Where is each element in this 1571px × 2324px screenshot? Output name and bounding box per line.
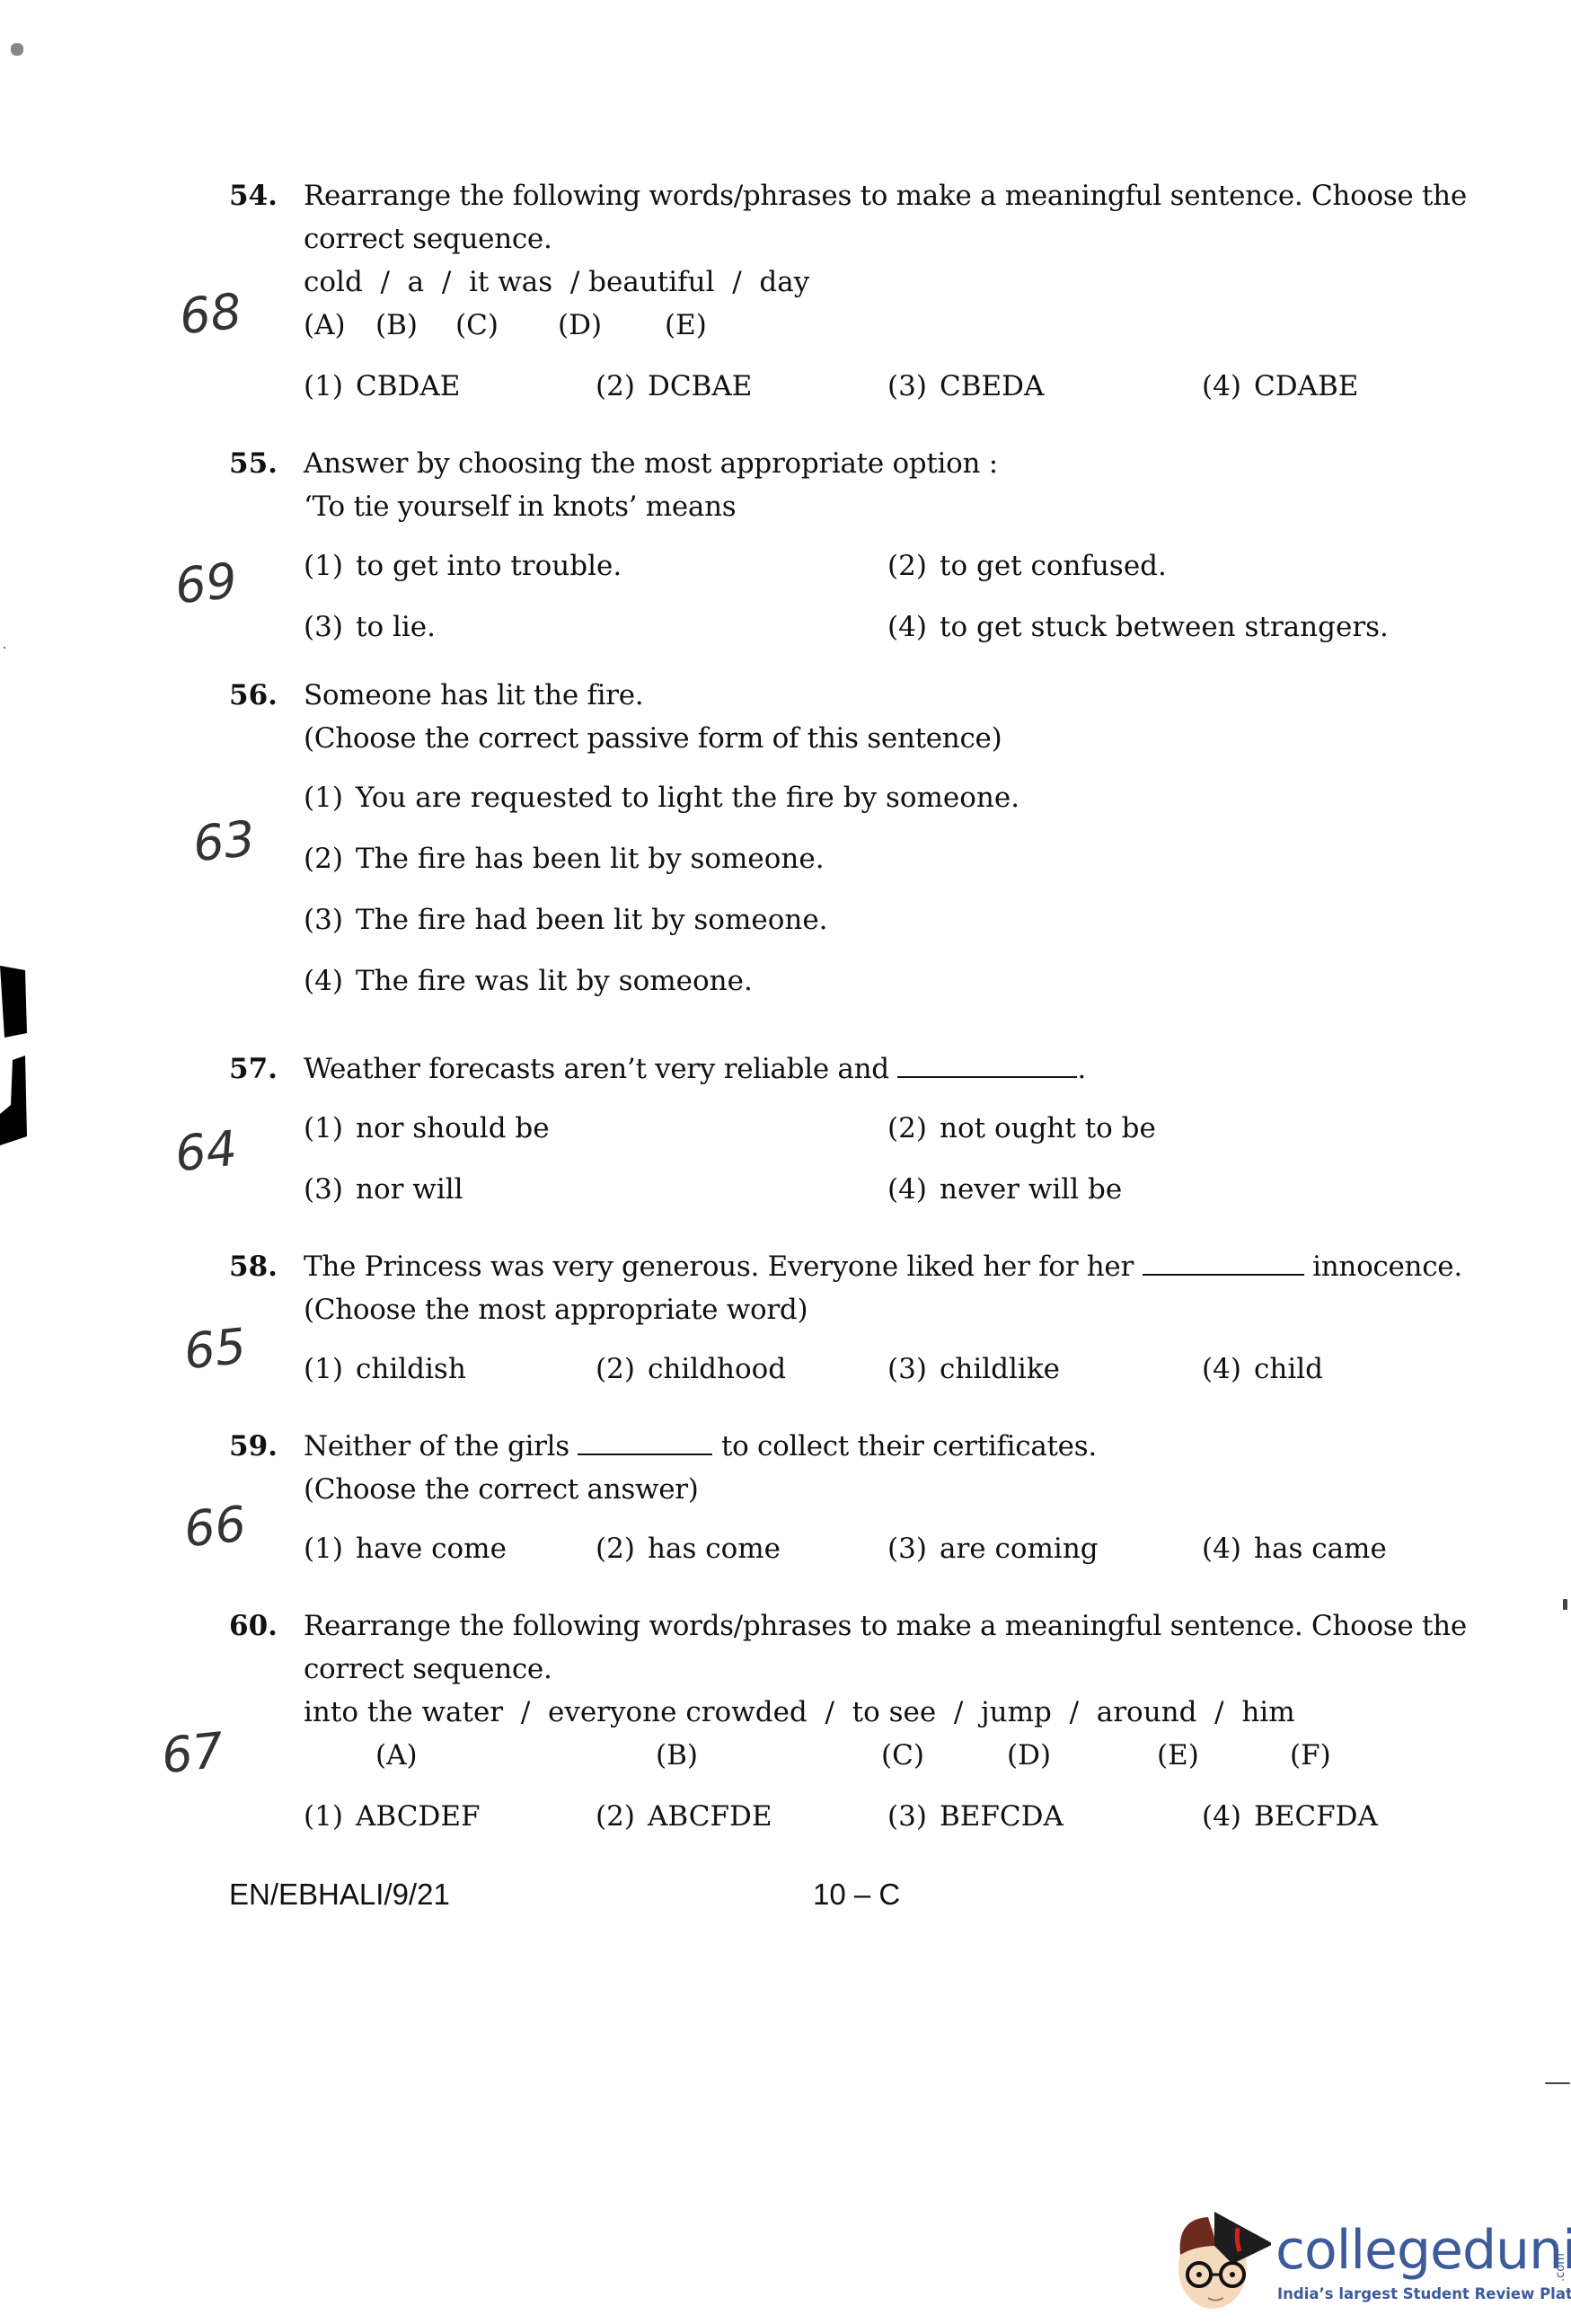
option-3[interactable]: (3)CBEDA	[887, 365, 1044, 408]
letter-label: (A)	[375, 1734, 418, 1777]
option-number: (4)	[1202, 1527, 1254, 1570]
question-number: 58.	[229, 1245, 301, 1288]
option-number: (2)	[596, 1527, 648, 1570]
question-number: 54.	[229, 174, 301, 217]
option-3[interactable]: (3)The fire had been lit by someone.	[304, 898, 1505, 959]
answer-blank	[578, 1427, 712, 1455]
word-fragments: cold / a / it was / beautiful / day	[304, 261, 1505, 304]
option-number: (3)	[887, 1527, 940, 1570]
question-59: 59. Neither of the girls to collect thei…	[229, 1425, 1505, 1570]
option-number: (1)	[304, 1107, 356, 1150]
option-2[interactable]: (2)DCBAE	[596, 365, 752, 408]
letter-label: (D)	[1007, 1734, 1051, 1777]
letter-label: (F)	[1290, 1734, 1331, 1777]
option-number: (3)	[304, 898, 356, 941]
letter-label: (B)	[656, 1734, 698, 1777]
handwritten-note: 64	[172, 1120, 240, 1183]
question-54: 54. Rearrange the following words/phrase…	[229, 174, 1505, 408]
fragment-letters: (A) (B) (C) (D) (E) (F)	[304, 1734, 1505, 1777]
option-1[interactable]: (1)nor should be	[304, 1107, 550, 1150]
option-4[interactable]: (4)has came	[1202, 1527, 1387, 1570]
question-stem: (Choose the correct passive form of this…	[304, 717, 1505, 760]
question-stem: Rearrange the following words/phrases to…	[304, 174, 1505, 217]
scan-artifact	[1563, 1599, 1567, 1610]
handwritten-note: 68	[177, 283, 244, 346]
question-number: 56.	[229, 674, 301, 717]
option-text: childhood	[648, 1353, 786, 1385]
options-row: (1)nor should be (2)not ought to be	[304, 1107, 1505, 1168]
option-number: (4)	[887, 1168, 940, 1211]
option-number: (4)	[1202, 1795, 1254, 1838]
option-text: ABCDEF	[356, 1800, 480, 1833]
question-stem: Answer by choosing the most appropriate …	[304, 442, 1505, 485]
letter-label: (B)	[375, 304, 418, 347]
question-55: 55. Answer by choosing the most appropri…	[229, 442, 1505, 667]
option-text: to get confused.	[940, 550, 1167, 582]
handwritten-note: 69	[172, 552, 240, 615]
option-text: not ought to be	[940, 1112, 1156, 1144]
option-4[interactable]: (4)BECFDA	[1202, 1795, 1378, 1838]
option-number: (4)	[1202, 365, 1254, 408]
scan-artifact	[4, 647, 5, 649]
option-number: (1)	[304, 1795, 356, 1838]
scan-artifact	[11, 43, 23, 56]
option-text: CBDAE	[356, 370, 460, 402]
option-1[interactable]: (1)You are requested to light the fire b…	[304, 776, 1505, 837]
paper-code: EN/EBHALI/9/21	[229, 1878, 450, 1912]
option-3[interactable]: (3)childlike	[887, 1348, 1060, 1391]
question-instruction: (Choose the most appropriate word)	[304, 1288, 1505, 1331]
stem-text: innocence.	[1312, 1250, 1462, 1283]
letter-label: (A)	[304, 304, 346, 347]
fragment-letters: (A) (B) (C) (D) (E)	[304, 304, 1505, 347]
word-fragments: into the water / everyone crowded / to s…	[304, 1691, 1505, 1734]
question-56: 56. Someone has lit the fire. (Choose th…	[229, 674, 1505, 1021]
option-4[interactable]: (4)CDABE	[1202, 365, 1358, 408]
option-2[interactable]: (2)to get confused.	[887, 544, 1167, 588]
option-1[interactable]: (1)ABCDEF	[304, 1795, 480, 1838]
question-stem: The Princess was very generous. Everyone…	[304, 1245, 1505, 1288]
question-number: 55.	[229, 442, 301, 485]
option-4[interactable]: (4)to get stuck between strangers.	[887, 605, 1389, 649]
question-stem: Neither of the girls to collect their ce…	[304, 1425, 1505, 1468]
option-text: The fire had been lit by someone.	[356, 904, 828, 936]
handwritten-note: 67	[159, 1722, 226, 1785]
option-text: never will be	[940, 1173, 1122, 1206]
letter-label: (C)	[881, 1734, 924, 1777]
option-4[interactable]: (4)child	[1202, 1348, 1323, 1391]
question-stem: correct sequence.	[304, 1648, 1505, 1691]
options: (1)childish (2)childhood (3)childlike (4…	[304, 1348, 1505, 1391]
question-stem: ‘To tie yourself in knots’ means	[304, 485, 1505, 528]
option-number: (2)	[887, 544, 940, 588]
option-3[interactable]: (3)nor will	[304, 1168, 463, 1211]
question-stem: correct sequence.	[304, 217, 1505, 261]
option-text: to get into trouble.	[356, 550, 622, 582]
option-number: (2)	[596, 1348, 648, 1391]
letter-label: (C)	[455, 304, 499, 347]
option-4[interactable]: (4)The fire was lit by someone.	[304, 959, 1505, 1021]
question-stem: Weather forecasts aren’t very reliable a…	[304, 1047, 1505, 1091]
options-row: (3)nor will (4)never will be	[304, 1168, 1505, 1229]
option-text: CDABE	[1254, 370, 1358, 402]
option-number: (2)	[596, 365, 648, 408]
options: (1)ABCDEF (2)ABCFDE (3)BEFCDA (4)BECFDA	[304, 1795, 1505, 1838]
answer-blank	[897, 1049, 1077, 1078]
question-58: 58. The Princess was very generous. Ever…	[229, 1245, 1505, 1391]
option-text: to lie.	[356, 611, 436, 643]
brand-name: collegedunia	[1275, 2219, 1571, 2282]
handwritten-note: 65	[181, 1318, 249, 1381]
question-60: 60. Rearrange the following words/phrase…	[229, 1604, 1505, 1838]
option-text: CBEDA	[940, 370, 1044, 402]
options-row: (1)to get into trouble. (2)to get confus…	[304, 544, 1505, 605]
stem-text: The Princess was very generous. Everyone…	[304, 1250, 1134, 1283]
letter-label: (E)	[665, 304, 707, 347]
option-text: You are requested to light the fire by s…	[356, 782, 1019, 814]
binding-edge-mark	[0, 952, 27, 1145]
option-number: (1)	[304, 544, 356, 588]
stem-text: Neither of the girls	[304, 1430, 569, 1462]
option-text: child	[1254, 1353, 1323, 1385]
option-3[interactable]: (3)BEFCDA	[887, 1795, 1064, 1838]
option-text: nor should be	[356, 1112, 550, 1144]
option-4[interactable]: (4)never will be	[887, 1168, 1122, 1211]
option-number: (1)	[304, 1348, 356, 1391]
option-3[interactable]: (3)to lie.	[304, 605, 436, 649]
option-text: nor will	[356, 1173, 463, 1206]
option-text: childish	[356, 1353, 466, 1385]
option-2[interactable]: (2)not ought to be	[887, 1107, 1156, 1150]
question-number: 59.	[229, 1425, 301, 1468]
option-1[interactable]: (1)have come	[304, 1527, 507, 1570]
option-3[interactable]: (3)are coming	[887, 1527, 1099, 1570]
question-instruction: (Choose the correct answer)	[304, 1468, 1505, 1511]
option-2[interactable]: (2)has come	[596, 1527, 781, 1570]
option-number: (2)	[304, 837, 356, 880]
option-number: (3)	[887, 1348, 940, 1391]
option-number: (3)	[887, 365, 940, 408]
options: (1)You are requested to light the fire b…	[304, 776, 1505, 1021]
option-2[interactable]: (2)childhood	[596, 1348, 786, 1391]
option-number: (2)	[596, 1795, 648, 1838]
option-number: (4)	[1202, 1348, 1254, 1391]
question-stem: Someone has lit the fire.	[304, 674, 1505, 717]
options: (1)have come (2)has come (3)are coming (…	[304, 1527, 1505, 1570]
option-number: (3)	[304, 605, 356, 649]
option-number: (1)	[304, 365, 356, 408]
option-text: has came	[1254, 1533, 1387, 1565]
letter-label: (E)	[1157, 1734, 1199, 1777]
option-text: BECFDA	[1254, 1800, 1378, 1833]
option-number: (3)	[304, 1168, 356, 1211]
option-text: to get stuck between strangers.	[940, 611, 1389, 643]
option-text: DCBAE	[648, 370, 752, 402]
brand-tagline: India’s largest Student Review Platform	[1277, 2285, 1571, 2302]
handwritten-note: 63	[190, 810, 258, 873]
option-1[interactable]: (1)to get into trouble.	[304, 544, 622, 588]
question-57: 57. Weather forecasts aren’t very reliab…	[229, 1047, 1505, 1229]
option-number: (4)	[304, 959, 356, 1003]
question-number: 57.	[229, 1047, 301, 1091]
stem-text: Weather forecasts aren’t very reliable a…	[304, 1053, 889, 1085]
option-text: have come	[356, 1533, 507, 1565]
page-number: 10 – C	[813, 1878, 900, 1912]
option-number: (1)	[304, 1527, 356, 1570]
option-number: (1)	[304, 776, 356, 819]
stem-text: .	[1077, 1053, 1086, 1085]
brand-domain-suffix: .com	[1554, 2253, 1567, 2282]
option-text: BEFCDA	[940, 1800, 1064, 1833]
scan-artifact	[1545, 2082, 1570, 2084]
letter-label: (D)	[558, 304, 602, 347]
question-stem: Rearrange the following words/phrases to…	[304, 1604, 1505, 1648]
option-text: The fire has been lit by someone.	[356, 843, 825, 875]
option-text: has come	[648, 1533, 781, 1565]
option-2[interactable]: (2)The fire has been lit by someone.	[304, 837, 1505, 898]
option-1[interactable]: (1)CBDAE	[304, 365, 460, 408]
question-number: 60.	[229, 1604, 301, 1648]
collegedunia-watermark: collegedunia .com India’s largest Studen…	[1168, 2192, 1571, 2318]
options-row: (3)to lie. (4)to get stuck between stran…	[304, 605, 1505, 667]
student-mascot-icon	[1168, 2192, 1271, 2318]
option-text: childlike	[940, 1353, 1060, 1385]
stem-text: to collect their certificates.	[721, 1430, 1097, 1462]
option-text: ABCFDE	[648, 1800, 772, 1833]
handwritten-note: 66	[181, 1496, 249, 1559]
answer-blank	[1143, 1247, 1304, 1276]
option-2[interactable]: (2)ABCFDE	[596, 1795, 772, 1838]
option-text: The fire was lit by someone.	[356, 965, 753, 997]
options: (1)CBDAE (2)DCBAE (3)CBEDA (4)CDABE	[304, 365, 1505, 408]
option-number: (4)	[887, 605, 940, 649]
option-number: (2)	[887, 1107, 940, 1150]
option-text: are coming	[940, 1533, 1099, 1565]
option-number: (3)	[887, 1795, 940, 1838]
exam-page: 54. Rearrange the following words/phrase…	[0, 0, 1571, 2324]
option-1[interactable]: (1)childish	[304, 1348, 466, 1391]
